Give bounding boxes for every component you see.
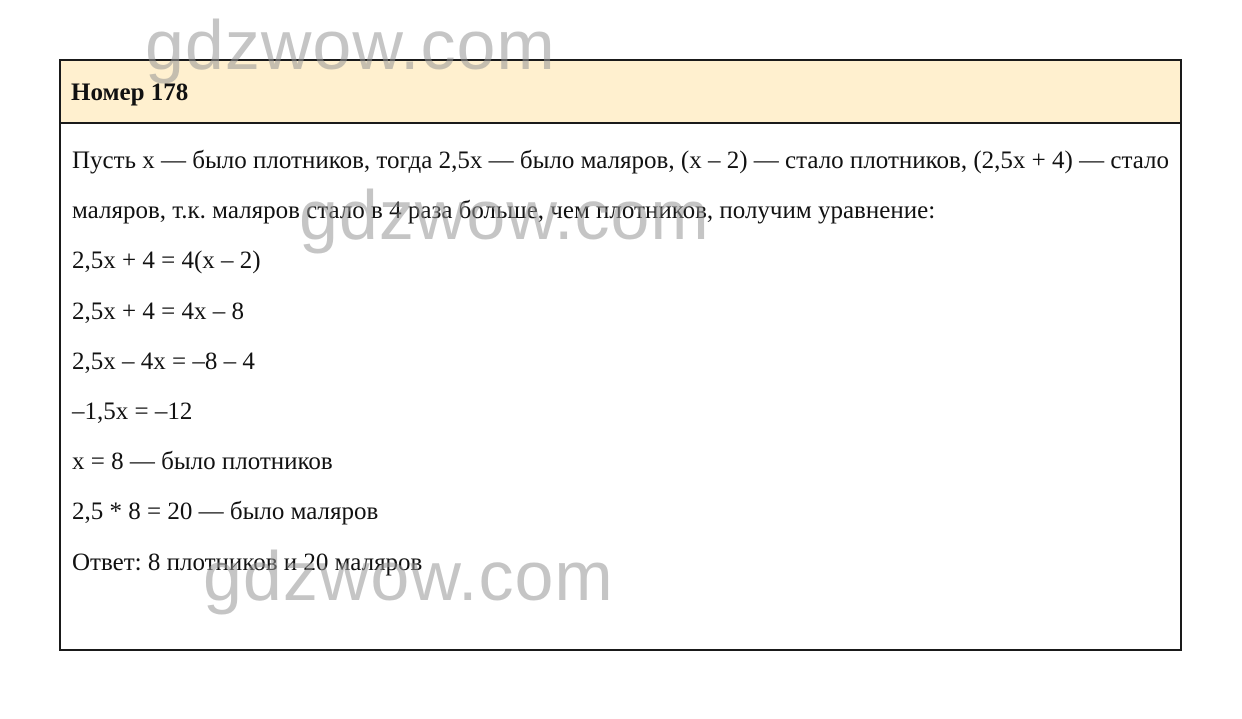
result-carpenters: x = 8 — было плотников [72, 437, 1169, 487]
card-header: Номер 178 [61, 61, 1180, 124]
equation-step-1: 2,5x + 4 = 4(x – 2) [72, 236, 1169, 286]
solution-body: Пусть x — было плотников, тогда 2,5x — б… [61, 124, 1180, 588]
equation-step-4: –1,5x = –12 [72, 387, 1169, 437]
solution-card: Номер 178 Пусть x — было плотников, тогд… [59, 59, 1182, 651]
problem-title: Номер 178 [71, 77, 188, 107]
result-painters: 2,5 * 8 = 20 — было маляров [72, 487, 1169, 537]
equation-step-3: 2,5x – 4x = –8 – 4 [72, 337, 1169, 387]
equation-step-2: 2,5x + 4 = 4x – 8 [72, 287, 1169, 337]
answer-line: Ответ: 8 плотников и 20 маляров [72, 538, 1169, 588]
solution-intro: Пусть x — было плотников, тогда 2,5x — б… [72, 136, 1169, 236]
